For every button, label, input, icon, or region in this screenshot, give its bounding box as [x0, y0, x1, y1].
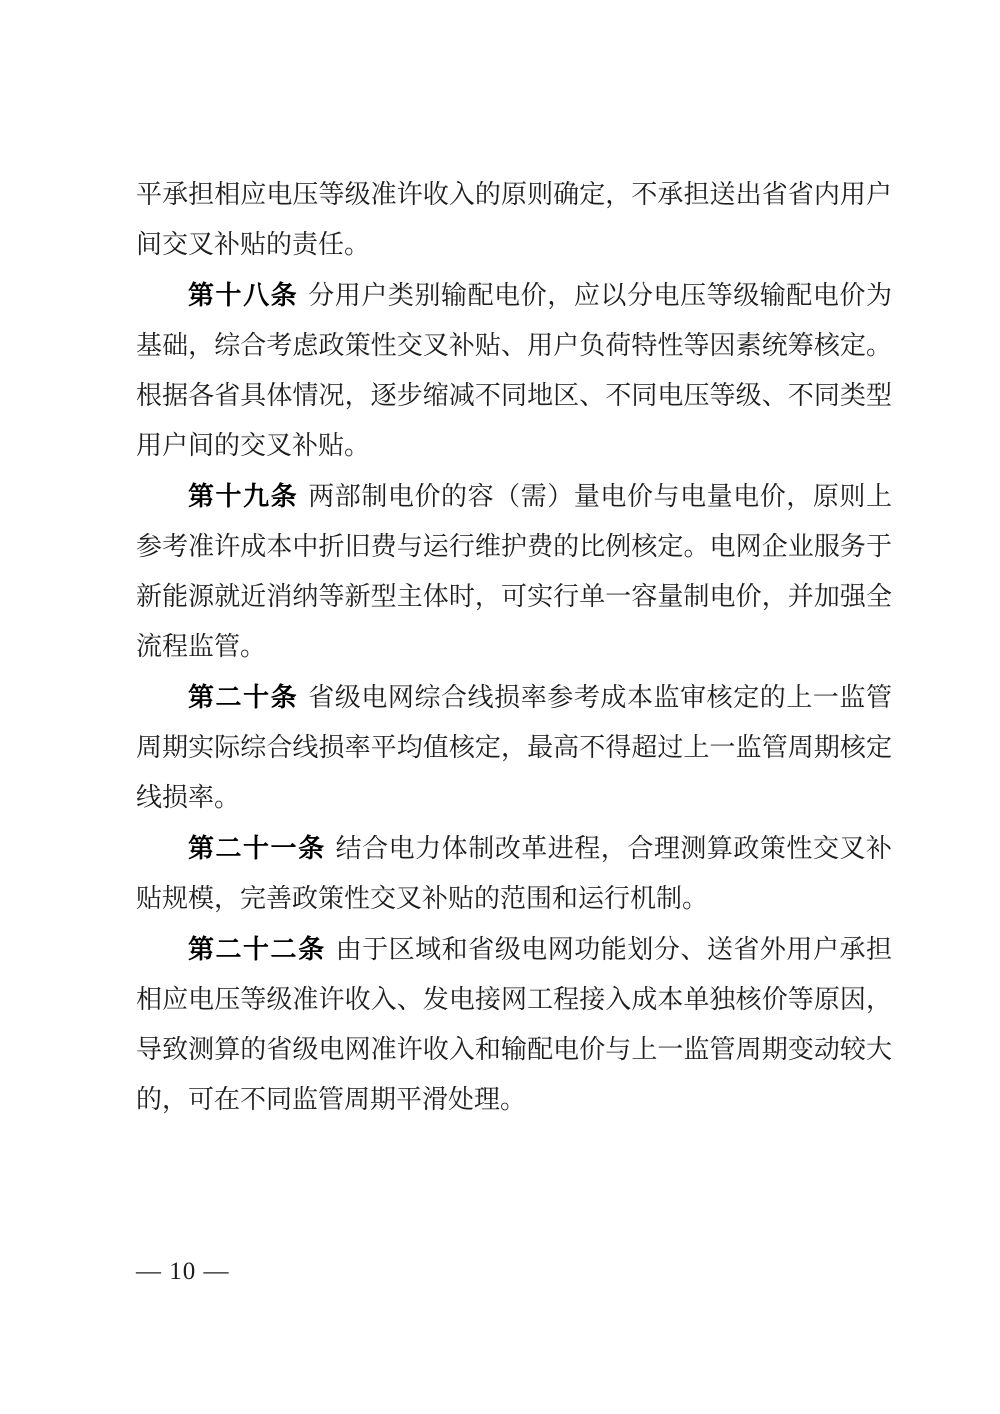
paragraph-article-21: 第二十一条结合电力体制改革进程，合理测算政策性交叉补贴规模，完善政策性交叉补贴的… — [136, 823, 892, 924]
document-page: 平承担相应电压等级准许收入的原则确定，不承担送出省省内用户间交叉补贴的责任。 第… — [0, 0, 1000, 1414]
paragraph-article-18: 第十八条分用户类别输配电价，应以分电压等级输配电价为基础，综合考虑政策性交叉补贴… — [136, 270, 892, 471]
paragraph-article-22: 第二十二条由于区域和省级电网功能划分、送省外用户承担相应电压等级准许收入、发电接… — [136, 924, 892, 1125]
paragraph-continuation: 平承担相应电压等级准许收入的原则确定，不承担送出省省内用户间交叉补贴的责任。 — [136, 170, 892, 270]
page-number: — 10 — — [136, 1256, 230, 1288]
paragraph-article-20: 第二十条省级电网综合线损率参考成本监审核定的上一监管周期实际综合线损率平均值核定… — [136, 672, 892, 823]
paragraph-article-19: 第十九条两部制电价的容（需）量电价与电量电价，原则上参考准许成本中折旧费与运行维… — [136, 471, 892, 672]
article-number-20: 第二十条 — [188, 682, 298, 712]
article-number-21: 第二十一条 — [188, 833, 326, 863]
paragraph-text: 平承担相应电压等级准许收入的原则确定，不承担送出省省内用户间交叉补贴的责任。 — [136, 180, 892, 259]
article-number-22: 第二十二条 — [188, 934, 326, 964]
article-number-19: 第十九条 — [188, 481, 298, 511]
document-body: 平承担相应电压等级准许收入的原则确定，不承担送出省省内用户间交叉补贴的责任。 第… — [136, 170, 892, 1125]
article-number-18: 第十八条 — [188, 280, 298, 310]
